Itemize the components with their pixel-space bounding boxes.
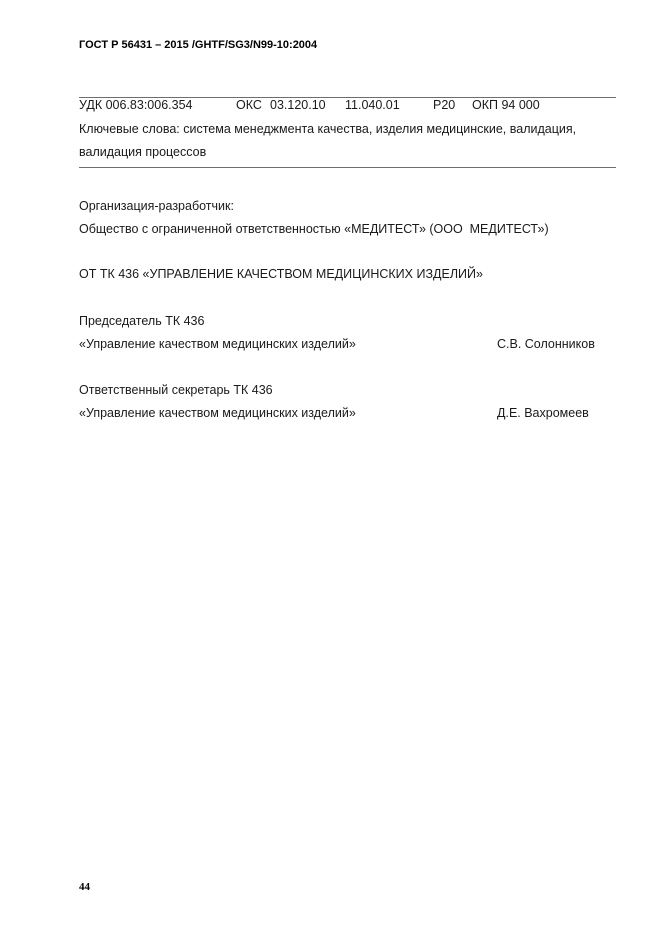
oks-code-1: 03.120.10 <box>270 98 326 112</box>
okp-code: ОКП 94 000 <box>472 98 540 112</box>
chairman-org: «Управление качеством медицинских издели… <box>79 337 356 351</box>
secretary-name: Д.Е. Вахромеев <box>497 406 589 420</box>
secretary-role: Ответственный секретарь ТК 436 <box>79 383 273 397</box>
oks-code-2: 11.040.01 <box>345 98 400 112</box>
secretary-org: «Управление качеством медицинских издели… <box>79 406 356 420</box>
keywords-line-2: валидация процессов <box>79 145 206 159</box>
committee-title: ОТ ТК 436 «УПРАВЛЕНИЕ КАЧЕСТВОМ МЕДИЦИНС… <box>79 267 483 281</box>
classification-row: УДК 006.83:006.354 ОКС 03.120.10 11.040.… <box>79 98 619 116</box>
chairman-role: Председатель ТК 436 <box>79 314 204 328</box>
keywords-line-1: Ключевые слова: система менеджмента каче… <box>79 122 576 136</box>
oks-label: ОКС <box>236 98 262 112</box>
page-number: 44 <box>79 881 90 893</box>
developer-name: Общество с ограниченной ответственностью… <box>79 222 549 236</box>
document-header: ГОСТ Р 56431 – 2015 /GHTF/SG3/N99-10:200… <box>79 39 317 51</box>
developer-label: Организация-разработчик: <box>79 199 234 213</box>
bottom-divider <box>79 167 616 168</box>
udk-code: УДК 006.83:006.354 <box>79 98 193 112</box>
r-code: Р20 <box>433 98 455 112</box>
chairman-name: С.В. Солонников <box>497 337 595 351</box>
